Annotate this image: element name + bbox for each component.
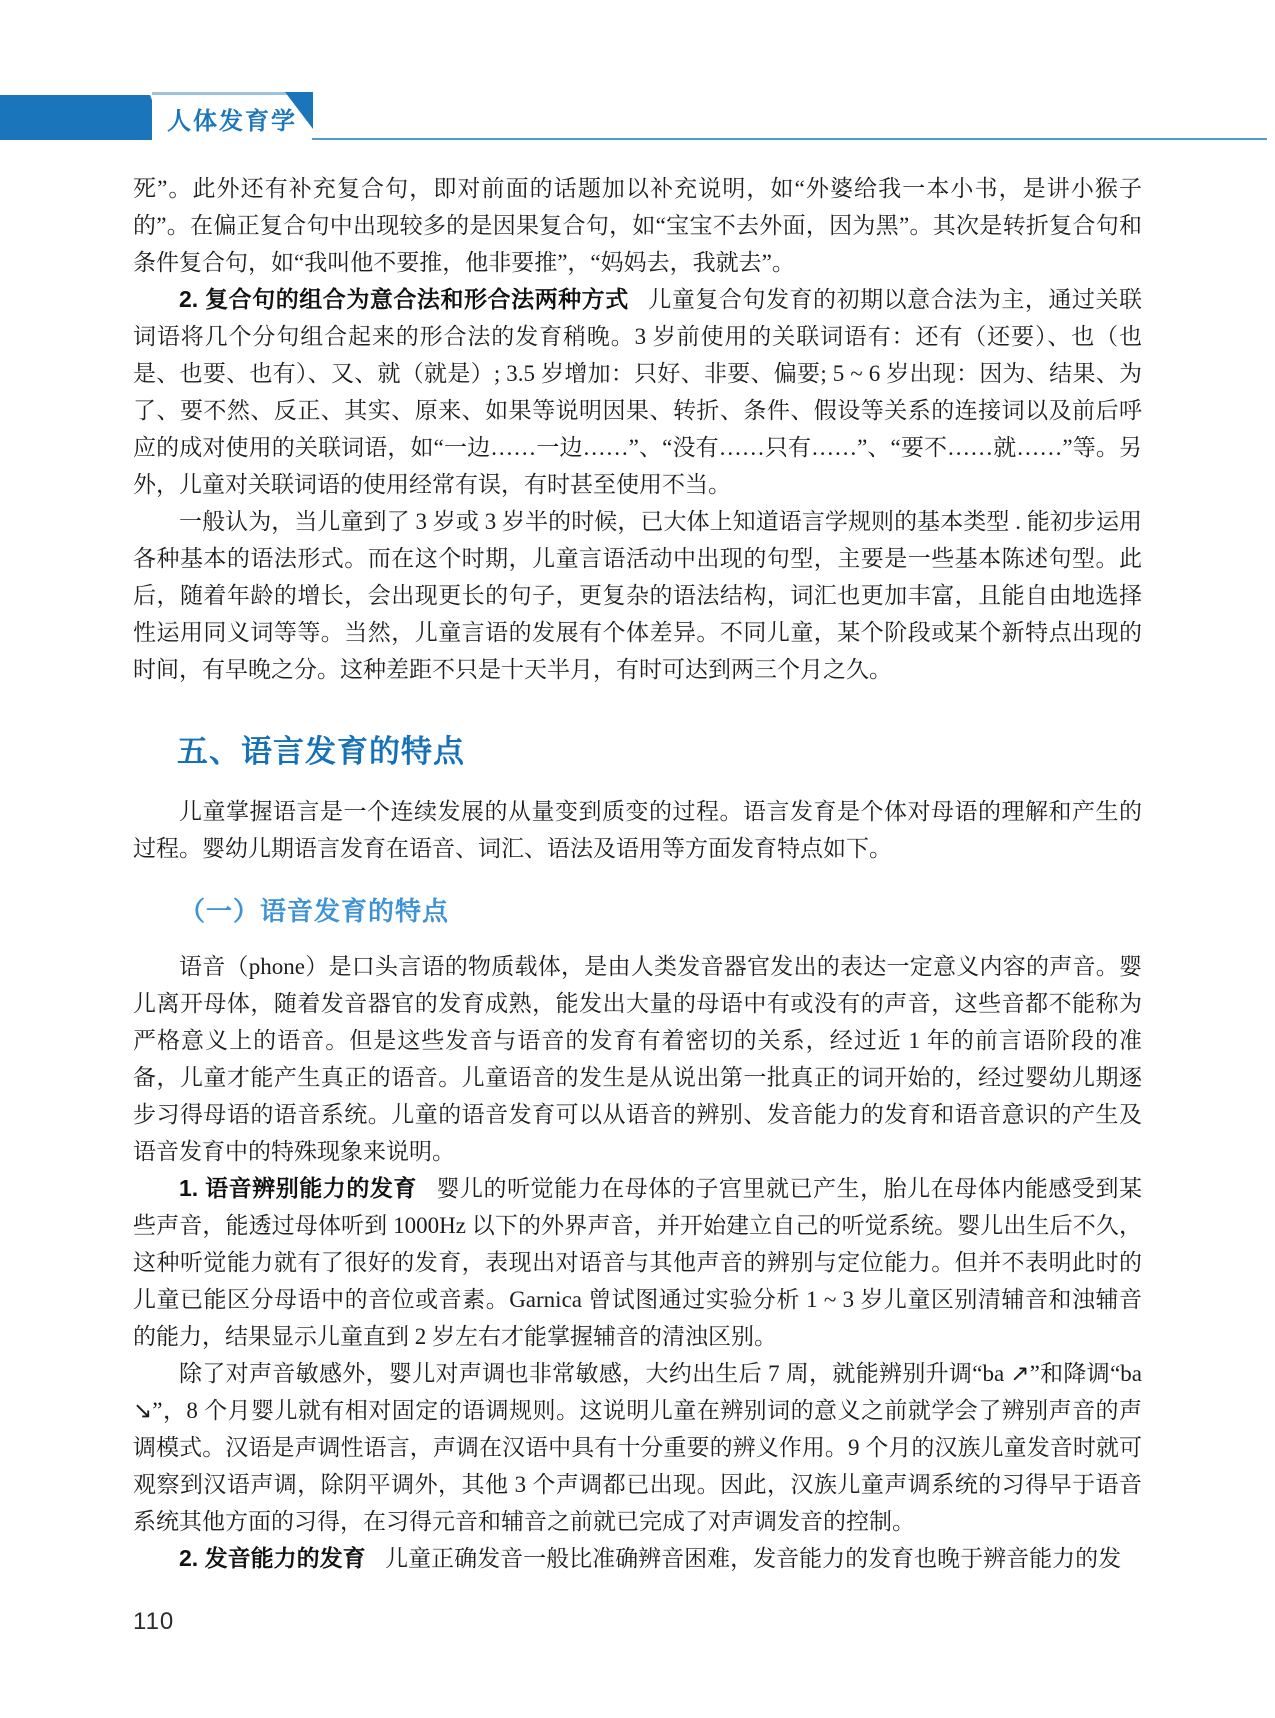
paragraph-text: 语音（phone）是口头言语的物质载体，是由人类发音器官发出的表达一定意义内容的… (133, 954, 1142, 1164)
paragraph-phone-definition: 语音（phone）是口头言语的物质载体，是由人类发音器官发出的表达一定意义内容的… (133, 948, 1142, 1170)
section-heading-language-development: 五、语言发育的特点 (177, 726, 1142, 771)
runin-heading-compound-methods: 2. 复合句的组合为意合法和形合法两种方式 (179, 286, 648, 312)
paragraph-text: 儿童复合句发育的初期以意合法为主，通过关联词语将几个分句组合起来的形合法的发育稍… (133, 287, 1142, 497)
paragraph-language-overview: 儿童掌握语言是一个连续发展的从量变到质变的过程。语言发育是个体对母语的理解和产生… (133, 793, 1142, 867)
paragraph-text: 儿童掌握语言是一个连续发展的从量变到质变的过程。语言发育是个体对母语的理解和产生… (133, 799, 1142, 861)
paragraph-pronunciation-ability: 2. 发音能力的发育儿童正确发音一般比准确辨音困难，发音能力的发育也晚于辨音能力… (133, 1540, 1142, 1577)
paragraph-grammar-rules-age: 一般认为，当儿童到了 3 岁或 3 岁半的时候，已大体上知道语言学规则的基本类型… (133, 503, 1142, 688)
subsection-heading-phonetic-development: （一）语音发育的特点 (179, 891, 1142, 928)
page-header: 人体发育学 (0, 95, 1275, 140)
paragraph-text: 儿童正确发音一般比准确辨音困难，发音能力的发育也晚于辨音能力的发 (385, 1546, 1121, 1571)
paragraph-text: 除了对声音敏感外，婴儿对声调也非常敏感，大约出生后 7 周，就能辨别升调“ba … (133, 1361, 1142, 1534)
paragraph-compound-sentence-methods: 2. 复合句的组合为意合法和形合法两种方式儿童复合句发育的初期以意合法为主，通过… (133, 281, 1142, 503)
page: 人体发育学 死”。此外还有补充复合句，即对前面的话题加以补充说明，如“外婆给我一… (0, 0, 1275, 1718)
runin-heading-sound-discrimination: 1. 语音辨别能力的发育 (179, 1175, 436, 1201)
paragraph-text: 婴儿的听觉能力在母体的子宫里就已产生，胎儿在母体内能感受到某些声音，能透过母体听… (133, 1176, 1142, 1349)
paragraph-text: 死”。此外还有补充复合句，即对前面的话题加以补充说明，如“外婆给我一本小书，是讲… (133, 176, 1142, 275)
paragraph-tone-sensitivity: 除了对声音敏感外，婴儿对声调也非常敏感，大约出生后 7 周，就能辨别升调“ba … (133, 1355, 1142, 1540)
paragraph-text: 一般认为，当儿童到了 3 岁或 3 岁半的时候，已大体上知道语言学规则的基本类型… (133, 509, 1142, 682)
page-body: 死”。此外还有补充复合句，即对前面的话题加以补充说明，如“外婆给我一本小书，是讲… (133, 170, 1142, 1577)
paragraph-compound-sentence-examples: 死”。此外还有补充复合句，即对前面的话题加以补充说明，如“外婆给我一本小书，是讲… (133, 170, 1142, 281)
chapter-tab: 人体发育学 (152, 92, 312, 140)
book-title: 人体发育学 (167, 99, 297, 136)
page-footer: 110 (133, 1608, 174, 1636)
runin-heading-pronunciation-ability: 2. 发音能力的发育 (179, 1545, 385, 1571)
header-accent-bar (0, 95, 168, 140)
page-number: 110 (133, 1608, 174, 1635)
paragraph-sound-discrimination: 1. 语音辨别能力的发育婴儿的听觉能力在母体的子宫里就已产生，胎儿在母体内能感受… (133, 1170, 1142, 1355)
